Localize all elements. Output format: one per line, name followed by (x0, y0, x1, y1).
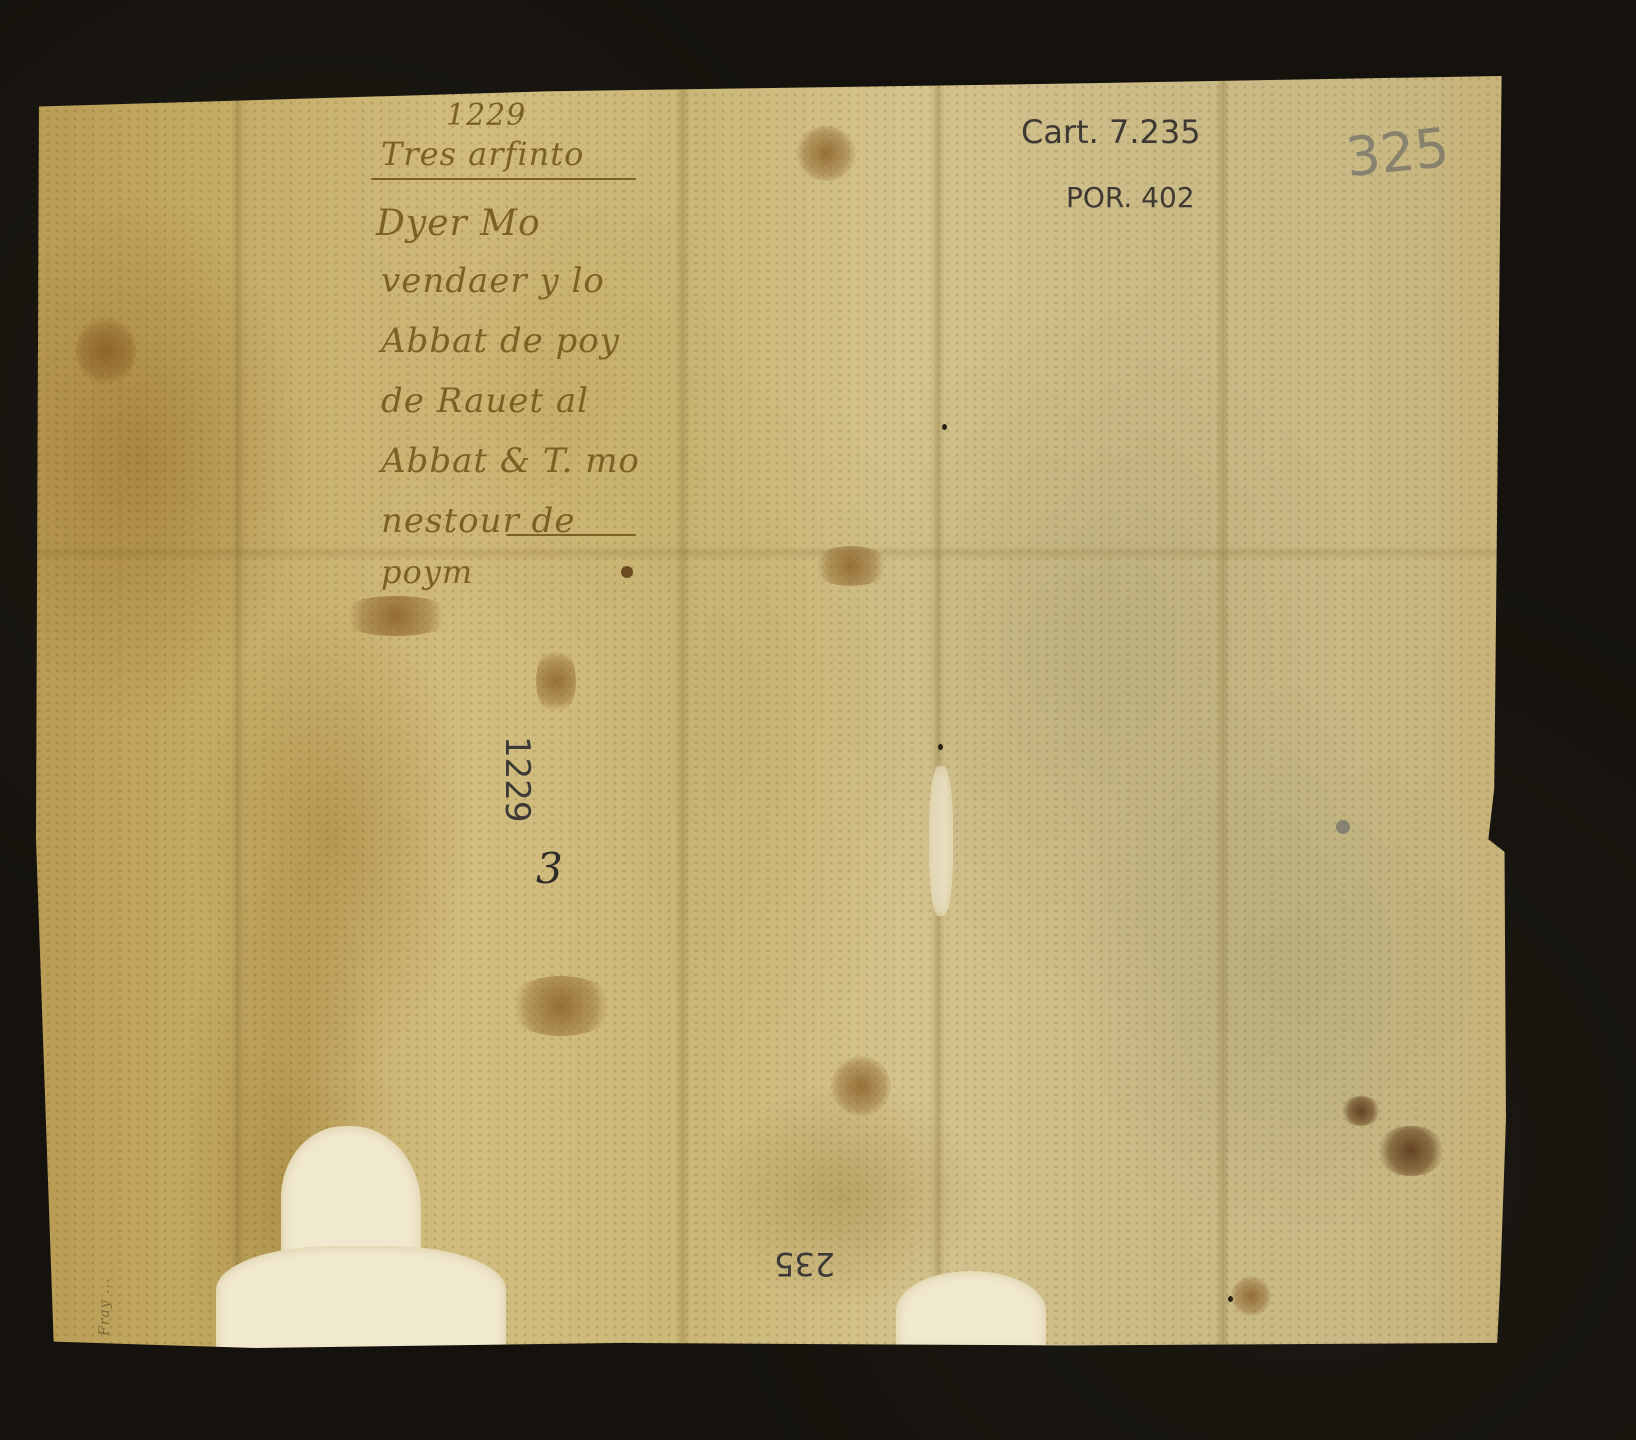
note-line-3: vendaer y lo (381, 264, 605, 298)
stain (1376, 1126, 1446, 1176)
ink-dot (938, 744, 943, 750)
ink-dot (1228, 1296, 1233, 1302)
note-line-6: Abbat & T. mo (381, 444, 640, 478)
parchment-texture (36, 76, 1506, 1348)
parchment-sheet: 1229 Tres arfinto Dyer Mo vendaer y lo A… (36, 76, 1506, 1348)
worn-patch (929, 766, 953, 916)
fold-line (931, 76, 945, 1348)
worn-patch (216, 1246, 506, 1356)
stain (506, 976, 616, 1036)
archive-reference-por: POR. 402 (1066, 184, 1195, 212)
note-line-7: nestour de (381, 504, 575, 538)
note-line-5: de Rauet al (381, 384, 589, 418)
edge-note: Fray ... (98, 1278, 112, 1336)
stain (831, 1056, 891, 1116)
inverted-number: 235 (774, 1248, 835, 1280)
rotated-year: 1229 (500, 736, 534, 823)
fold-line (231, 76, 245, 1348)
stain (796, 126, 856, 181)
note-line-8: poym (381, 556, 473, 588)
fold-line (1216, 76, 1230, 1348)
note-line-1: Tres arfinto (381, 138, 584, 170)
year-header: 1229 (446, 101, 526, 131)
worn-patch (896, 1271, 1046, 1351)
stain (1341, 1096, 1381, 1126)
fold-line (676, 76, 690, 1348)
note-line-2: Dyer Mo (376, 206, 541, 242)
fold-line-horizontal (36, 546, 1506, 560)
ink-dot (621, 566, 633, 578)
note-rule (506, 534, 636, 536)
stain (536, 646, 576, 716)
corner-number: 325 (1343, 121, 1451, 185)
ink-dot (942, 424, 947, 430)
stain (811, 546, 891, 586)
note-line-4: Abbat de poy (381, 324, 620, 358)
stain (1231, 1276, 1271, 1316)
stain (336, 596, 456, 636)
stain (76, 316, 136, 386)
archive-reference-cart: Cart. 7.235 (1021, 116, 1201, 148)
note-rule (371, 178, 636, 180)
folio-number: 3 (536, 848, 563, 890)
ink-dot (1336, 820, 1350, 834)
